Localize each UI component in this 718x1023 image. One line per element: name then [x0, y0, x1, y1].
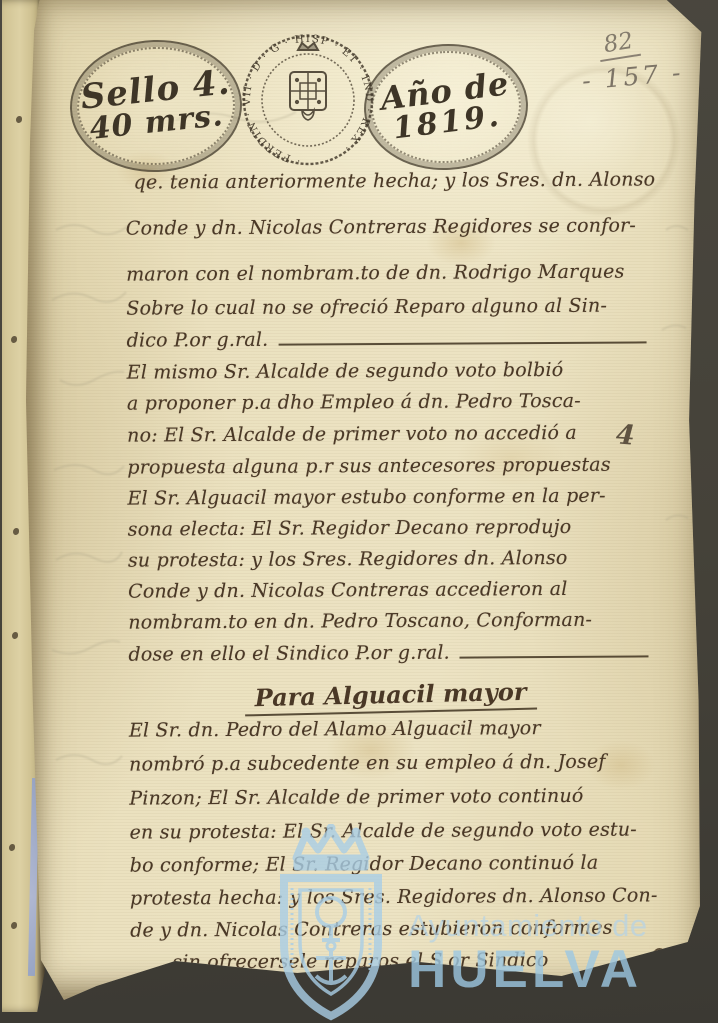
manuscript-line: El mismo Sr. Alcalde de segundo voto bol… — [127, 358, 651, 392]
manuscript-line: dico P.or g.ral. — [126, 326, 650, 361]
manuscript-line: Pinzon; El Sr. Alcalde de primer voto co… — [129, 784, 653, 821]
manuscript-line: maron con el nombram.to de dn. Rodrigo M… — [126, 260, 650, 297]
manuscript-line: propuesta alguna p.r sus antecesores pro… — [127, 453, 651, 487]
ink-rule — [278, 341, 646, 345]
manuscript-line: qe. tenia anteriormente hecha; y los Sre… — [126, 168, 650, 217]
royal-coat-of-arms-stamp: · FERDIN · VII · D · G · HISP · ET · IND… — [242, 30, 374, 170]
scanned-document: 82 - 157 - 4 Sello 4. 40 mrs. — [0, 0, 718, 1023]
section-heading: Para Alguacil mayor — [244, 676, 536, 716]
watermark-text-line2: HUELVA — [408, 943, 698, 996]
watermark-text-line1: Ayuntamiento de — [408, 910, 698, 941]
manuscript-line: Sobre lo cual no se ofreció Reparo algun… — [126, 294, 650, 329]
manuscript-line: Conde y dn. Nicolas Contreras Regidores … — [126, 214, 650, 263]
manuscript-line: Conde y dn. Nicolas Contreras accedieron… — [128, 577, 652, 611]
manuscript-line: nombró p.a subcedente en su empleo á dn.… — [129, 750, 653, 787]
manuscript-line: El Sr. Alguacil mayor estubo conforme en… — [127, 484, 651, 518]
manuscript-line: sona electa: El Sr. Regidor Decano repro… — [128, 515, 652, 549]
manuscript-line: El Sr. dn. Pedro del Alamo Alguacil mayo… — [129, 716, 653, 753]
manuscript-line: a proponer p.a dho Empleo á dn. Pedro To… — [127, 389, 651, 424]
ink-rule — [460, 655, 649, 658]
huelva-shield-icon — [268, 824, 394, 1022]
manuscript-line: dose en ello el Sindico P.or g.ral. — [128, 640, 652, 675]
manuscript-line: nombram.to en dn. Pedro Toscano, Conform… — [128, 608, 652, 643]
archive-watermark: Ayuntamiento de HUELVA — [268, 824, 698, 1022]
manuscript-line: no: El Sr. Alcalde de primer voto no acc… — [127, 421, 651, 456]
manuscript-line: su protesta: y los Sres. Regidores dn. A… — [128, 546, 652, 580]
section-heading-row: Para Alguacil mayor — [129, 672, 653, 719]
